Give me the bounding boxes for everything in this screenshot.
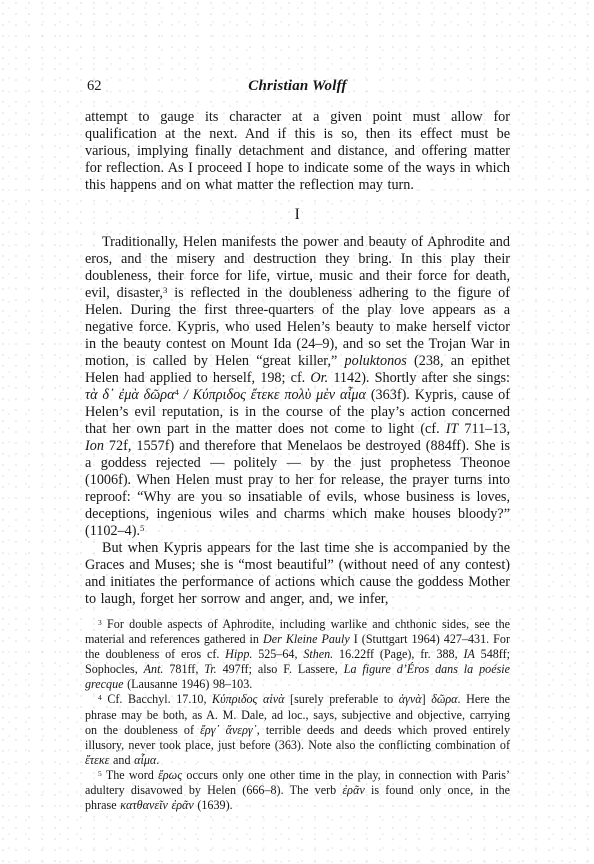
page-number: 62 <box>87 78 102 95</box>
footnote-5: 5 The word ἔρως occurs only one other ti… <box>85 768 510 813</box>
page-body: attempt to gauge its character at a give… <box>85 109 510 608</box>
section-heading: I <box>85 206 510 224</box>
running-head: Christian Wolff <box>85 78 510 95</box>
body-paragraph: But when Kypris appears for the last tim… <box>85 540 510 608</box>
footnote-3: 3 For double aspects of Aphrodite, inclu… <box>85 617 510 692</box>
body-paragraph: Traditionally, Helen manifests the power… <box>85 234 510 540</box>
footnotes-section: 3 For double aspects of Aphrodite, inclu… <box>85 617 510 813</box>
page-header: 62 Christian Wolff <box>85 78 510 97</box>
scanned-book-page: 62 Christian Wolff attempt to gauge its … <box>0 0 594 864</box>
body-paragraph: attempt to gauge its character at a give… <box>85 109 510 194</box>
footnote-4: 4 Cf. Bacchyl. 17.10, Κύπριδος αἰνὰ [sur… <box>85 692 510 767</box>
